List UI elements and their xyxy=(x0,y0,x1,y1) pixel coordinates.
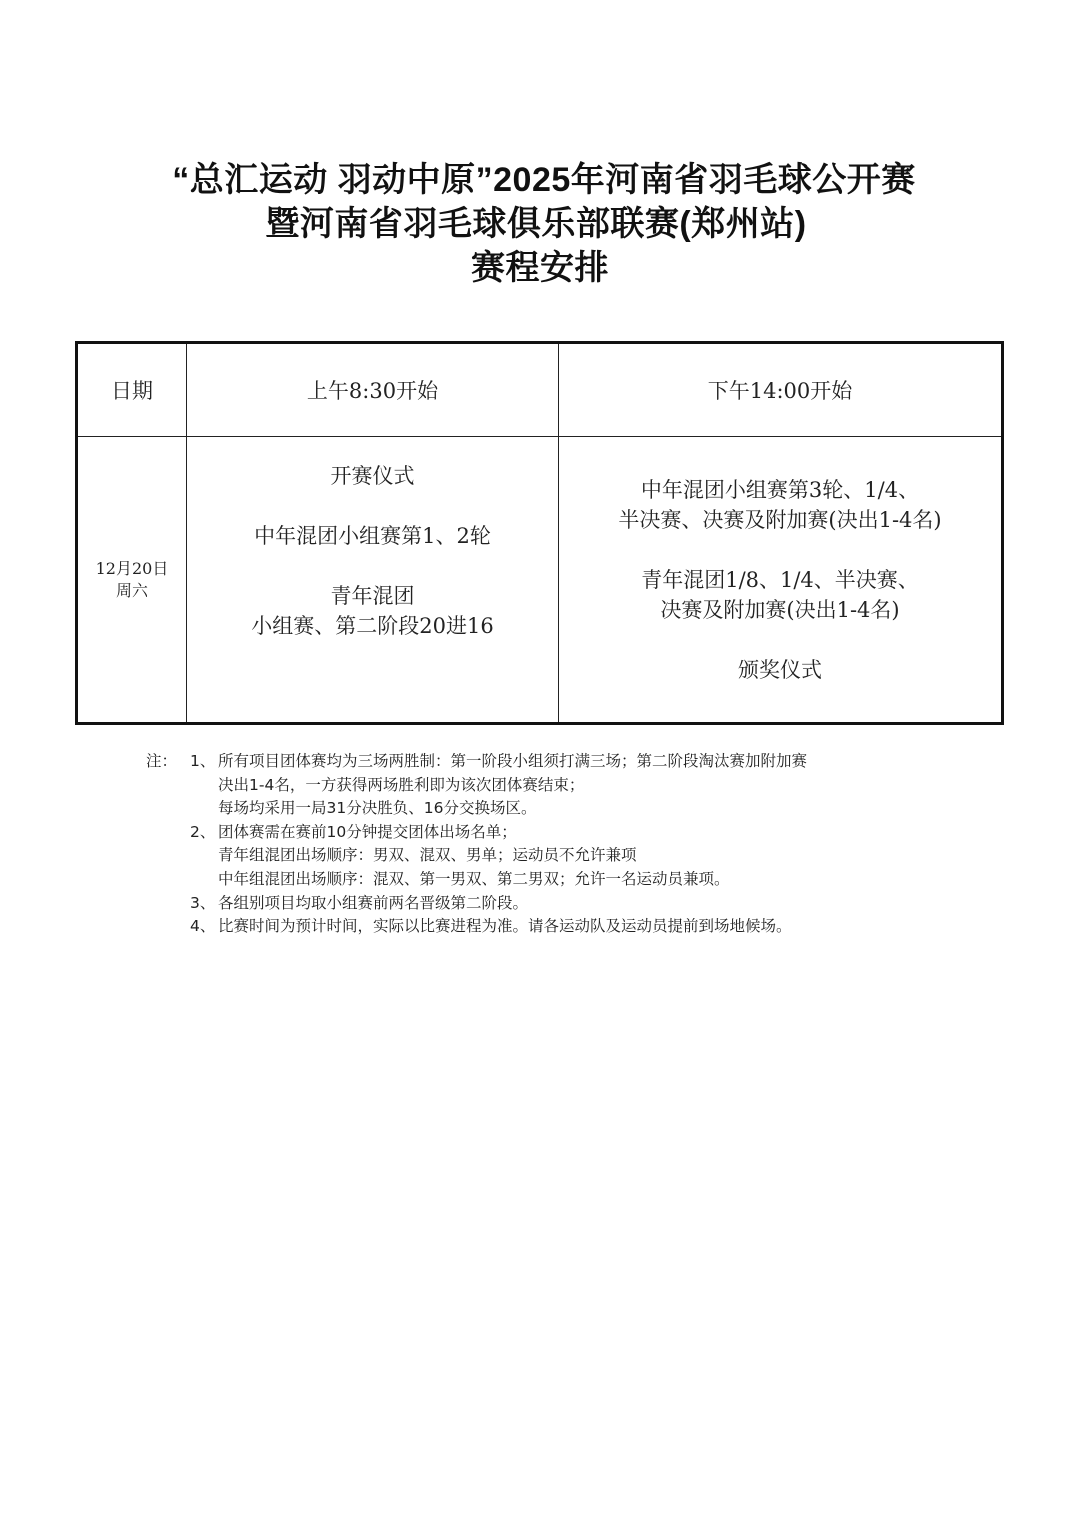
morning-event-youth-title: 青年混团 xyxy=(187,581,558,611)
afternoon-cell: 中年混团小组赛第3轮、1/4、 半决赛、决赛及附加赛(决出1-4名) 青年混团1… xyxy=(559,437,1003,724)
afternoon-event-youth-line1: 青年混团1/8、1/4、半决赛、 xyxy=(559,565,1001,595)
note-number: 3、 xyxy=(190,892,218,916)
notes-label: 注： xyxy=(146,750,190,774)
document-title: “总汇运动 羽动中原”2025年河南省羽毛球公开赛 暨河南省羽毛球俱乐部联赛(郑… xyxy=(0,158,1080,290)
schedule-table: 日期 上午8:30开始 下午14:00开始 12月20日 周六 开赛仪式 中年混… xyxy=(75,341,1004,725)
note-text: 青年组混团出场顺序：男双、混双、男单；运动员不允许兼项 xyxy=(146,844,1006,868)
note-number: 2、 xyxy=(190,821,218,845)
header-morning: 上午8:30开始 xyxy=(187,343,559,437)
note-item-1: 注： 1、 所有项目团体赛均为三场两胜制：第一阶段小组须打满三场；第二阶段淘汰赛… xyxy=(146,750,1006,774)
opening-ceremony: 开赛仪式 xyxy=(187,461,558,491)
afternoon-event-youth-line2: 决赛及附加赛(决出1-4名) xyxy=(559,595,1001,625)
title-line-3: 赛程安排 xyxy=(0,246,1080,290)
note-text: 中年组混团出场顺序：混双、第一男双、第二男双；允许一名运动员兼项。 xyxy=(146,868,1006,892)
note-text: 所有项目团体赛均为三场两胜制：第一阶段小组须打满三场；第二阶段淘汰赛加附加赛 xyxy=(218,750,807,774)
note-item-2: 2、 团体赛需在赛前10分钟提交团体出场名单； xyxy=(146,821,1006,845)
weekday-text: 周六 xyxy=(78,580,186,602)
table-row: 12月20日 周六 开赛仪式 中年混团小组赛第1、2轮 青年混团 小组赛、第二阶… xyxy=(77,437,1003,724)
morning-event-middle-aged: 中年混团小组赛第1、2轮 xyxy=(187,521,558,551)
note-number: 1、 xyxy=(190,750,218,774)
note-item-4: 4、 比赛时间为预计时间，实际以比赛进程为准。请各运动队及运动员提前到场地候场。 xyxy=(146,915,1006,939)
note-text: 各组别项目均取小组赛前两名晋级第二阶段。 xyxy=(218,892,528,916)
morning-event-youth-detail: 小组赛、第二阶段20进16 xyxy=(187,611,558,641)
afternoon-event-middle-aged-line2: 半决赛、决赛及附加赛(决出1-4名) xyxy=(559,505,1001,535)
date-text: 12月20日 xyxy=(78,558,186,580)
notes-section: 注： 1、 所有项目团体赛均为三场两胜制：第一阶段小组须打满三场；第二阶段淘汰赛… xyxy=(146,750,1006,939)
table-header-row: 日期 上午8:30开始 下午14:00开始 xyxy=(77,343,1003,437)
note-text: 比赛时间为预计时间，实际以比赛进程为准。请各运动队及运动员提前到场地候场。 xyxy=(218,915,792,939)
award-ceremony: 颁奖仪式 xyxy=(559,655,1001,685)
note-text: 每场均采用一局31分决胜负、16分交换场区。 xyxy=(146,797,1006,821)
date-cell: 12月20日 周六 xyxy=(77,437,187,724)
header-date: 日期 xyxy=(77,343,187,437)
afternoon-event-middle-aged-line1: 中年混团小组赛第3轮、1/4、 xyxy=(559,475,1001,505)
note-item-3: 3、 各组别项目均取小组赛前两名晋级第二阶段。 xyxy=(146,892,1006,916)
title-line-1: “总汇运动 羽动中原”2025年河南省羽毛球公开赛 xyxy=(8,158,1080,202)
header-afternoon: 下午14:00开始 xyxy=(559,343,1003,437)
note-text: 团体赛需在赛前10分钟提交团体出场名单； xyxy=(218,821,517,845)
morning-cell: 开赛仪式 中年混团小组赛第1、2轮 青年混团 小组赛、第二阶段20进16 xyxy=(187,437,559,724)
note-text: 决出1-4名，一方获得两场胜利即为该次团体赛结束； xyxy=(146,774,1006,798)
title-line-2: 暨河南省羽毛球俱乐部联赛(郑州站) xyxy=(0,202,1080,246)
note-number: 4、 xyxy=(190,915,218,939)
